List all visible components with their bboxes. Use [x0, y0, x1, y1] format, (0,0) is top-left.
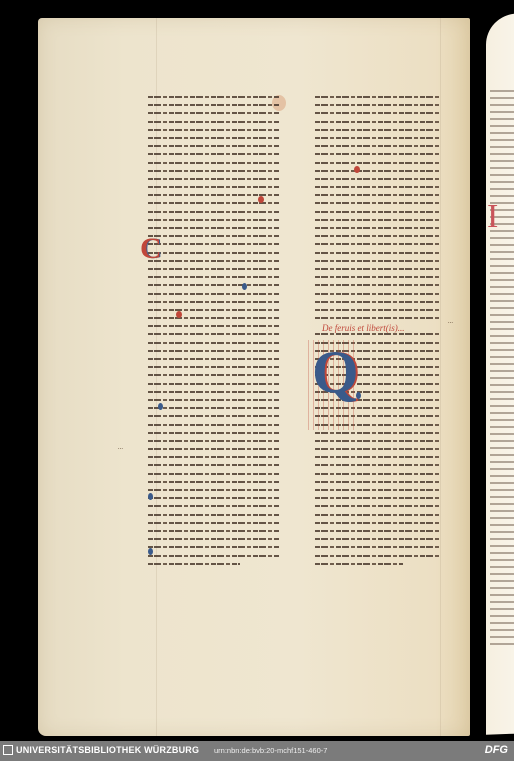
facing-text-line — [490, 594, 514, 596]
facing-text-line — [490, 342, 514, 344]
facing-text-line — [490, 538, 514, 540]
text-line — [315, 456, 441, 458]
text-line — [148, 333, 280, 335]
text-line — [148, 358, 280, 360]
text-line — [315, 301, 441, 303]
facing-text-line — [490, 566, 514, 568]
text-line — [148, 219, 280, 221]
facing-text-line — [490, 349, 514, 351]
facing-text-line — [490, 447, 514, 449]
paragraph-mark-blue — [148, 548, 153, 555]
text-line — [148, 415, 280, 417]
urn-identifier: urn:nbn:de:bvb:20-mchf151-460-7 — [214, 746, 327, 755]
paragraph-mark-blue — [242, 283, 247, 290]
margin-note-left: ... — [118, 444, 123, 452]
facing-text-line — [490, 496, 514, 498]
text-line — [315, 309, 441, 311]
facing-text-line — [490, 195, 514, 197]
text-line — [315, 96, 441, 98]
text-line — [148, 284, 280, 286]
text-line — [148, 440, 280, 442]
facing-text-line — [490, 580, 514, 582]
facing-text-line — [490, 629, 514, 631]
text-column-left — [148, 96, 280, 571]
facing-text-line — [490, 615, 514, 617]
facing-text-line — [490, 370, 514, 372]
text-line — [315, 546, 441, 548]
text-line — [315, 252, 441, 254]
facing-text-line — [490, 139, 514, 141]
text-line — [148, 178, 280, 180]
dfg-logo: DFG — [485, 744, 508, 756]
rubric-heading: De feruis et libert(is)... — [322, 323, 405, 333]
facing-text-line — [490, 111, 514, 113]
facing-text-line — [490, 524, 514, 526]
facing-text-line — [490, 405, 514, 407]
paragraph-mark-blue — [148, 493, 153, 500]
margin-note-right: ... — [448, 318, 453, 326]
text-line — [315, 170, 441, 172]
text-line — [315, 530, 441, 532]
text-line — [315, 284, 441, 286]
text-line — [315, 104, 441, 106]
facing-text-line — [490, 531, 514, 533]
facing-text-line — [490, 433, 514, 435]
text-line — [148, 268, 280, 270]
text-line — [148, 530, 280, 532]
text-line — [148, 325, 280, 327]
text-line — [315, 448, 441, 450]
facing-text-line — [490, 377, 514, 379]
text-line — [148, 104, 280, 106]
facing-text-line — [490, 174, 514, 176]
facing-text-line — [490, 482, 514, 484]
decorated-initial-right: Q — [312, 342, 359, 402]
footer-bar: UNIVERSITÄTSBIBLIOTHEK WÜRZBURG urn:nbn:… — [0, 741, 514, 761]
facing-text-line — [490, 321, 514, 323]
text-line — [315, 555, 441, 557]
facing-page-initial: I — [487, 200, 498, 234]
text-line — [315, 194, 441, 196]
facing-text-line — [490, 489, 514, 491]
text-line — [148, 243, 280, 245]
text-line — [315, 121, 441, 123]
text-line — [148, 112, 280, 114]
text-line — [315, 489, 441, 491]
text-line — [148, 301, 280, 303]
facing-text-line — [490, 125, 514, 127]
facing-text-line — [490, 104, 514, 106]
text-line — [315, 129, 441, 131]
institution-name: UNIVERSITÄTSBIBLIOTHEK WÜRZBURG — [16, 745, 199, 755]
text-line — [148, 235, 280, 237]
text-line — [148, 309, 280, 311]
text-line — [148, 473, 280, 475]
facing-text-line — [490, 384, 514, 386]
facing-page-text — [490, 90, 514, 670]
facing-text-line — [490, 286, 514, 288]
text-line — [315, 145, 441, 147]
text-line — [315, 243, 441, 245]
facing-text-line — [490, 426, 514, 428]
facing-text-line — [490, 559, 514, 561]
text-line — [148, 538, 280, 540]
facing-text-line — [490, 643, 514, 645]
text-line — [315, 268, 441, 270]
facing-text-line — [490, 258, 514, 260]
text-line — [315, 260, 441, 262]
text-line — [315, 227, 441, 229]
facing-text-line — [490, 293, 514, 295]
facing-text-line — [490, 251, 514, 253]
paragraph-mark-blue — [158, 403, 163, 410]
decorated-initial-left: C — [140, 234, 162, 264]
text-line — [315, 112, 441, 114]
text-line — [148, 366, 280, 368]
facing-text-line — [490, 118, 514, 120]
text-line — [315, 162, 441, 164]
text-line — [148, 505, 280, 507]
text-line — [315, 137, 441, 139]
facing-text-line — [490, 356, 514, 358]
text-line — [148, 145, 280, 147]
facing-text-line — [490, 265, 514, 267]
text-line — [315, 219, 441, 221]
text-line — [148, 137, 280, 139]
text-line — [315, 440, 441, 442]
facing-text-line — [490, 160, 514, 162]
facing-text-line — [490, 622, 514, 624]
facing-text-line — [490, 601, 514, 603]
facing-text-line — [490, 440, 514, 442]
text-line — [148, 293, 280, 295]
text-line — [315, 497, 441, 499]
text-line — [148, 170, 280, 172]
text-line — [148, 96, 280, 98]
text-line — [315, 333, 441, 335]
text-line — [148, 162, 280, 164]
text-line — [148, 350, 280, 352]
facing-text-line — [490, 328, 514, 330]
text-line — [315, 522, 441, 524]
text-column-right — [315, 96, 441, 571]
text-line — [315, 538, 441, 540]
text-line — [148, 342, 280, 344]
text-line — [315, 563, 403, 565]
text-line — [148, 317, 280, 319]
facing-text-line — [490, 608, 514, 610]
facing-text-line — [490, 454, 514, 456]
text-line — [148, 456, 280, 458]
text-line — [315, 514, 441, 516]
paragraph-mark-red — [354, 166, 360, 173]
text-line — [315, 178, 441, 180]
facing-text-line — [490, 419, 514, 421]
facing-text-line — [490, 307, 514, 309]
facing-text-line — [490, 412, 514, 414]
text-line — [148, 546, 280, 548]
text-line — [148, 481, 280, 483]
facing-text-line — [490, 363, 514, 365]
text-line — [148, 383, 280, 385]
paragraph-mark-red — [258, 196, 264, 203]
text-line — [315, 317, 441, 319]
text-line — [315, 153, 441, 155]
facing-text-line — [490, 475, 514, 477]
facing-text-line — [490, 398, 514, 400]
facing-text-line — [490, 461, 514, 463]
text-line — [315, 211, 441, 213]
text-line — [148, 153, 280, 155]
text-line — [315, 276, 441, 278]
facing-text-line — [490, 153, 514, 155]
facing-text-line — [490, 335, 514, 337]
facing-text-line — [490, 237, 514, 239]
paragraph-mark-red — [176, 311, 182, 318]
text-line — [148, 489, 280, 491]
text-line — [148, 374, 280, 376]
facing-text-line — [490, 636, 514, 638]
text-line — [148, 497, 280, 499]
library-logo-icon — [3, 745, 13, 755]
text-line — [148, 555, 280, 557]
text-line — [148, 464, 280, 466]
text-line — [148, 252, 280, 254]
facing-text-line — [490, 181, 514, 183]
text-line — [315, 235, 441, 237]
facing-text-line — [490, 244, 514, 246]
text-line — [148, 399, 280, 401]
text-line — [148, 522, 280, 524]
facing-text-line — [490, 146, 514, 148]
facing-text-line — [490, 132, 514, 134]
text-line — [148, 407, 280, 409]
text-line — [148, 448, 280, 450]
text-line — [315, 186, 441, 188]
facing-text-line — [490, 97, 514, 99]
facing-text-line — [490, 503, 514, 505]
facing-text-line — [490, 517, 514, 519]
text-line — [315, 505, 441, 507]
text-line — [148, 514, 280, 516]
facing-text-line — [490, 468, 514, 470]
facing-text-line — [490, 167, 514, 169]
text-line — [315, 464, 441, 466]
facing-text-line — [490, 391, 514, 393]
text-line — [148, 129, 280, 131]
text-line — [148, 227, 280, 229]
text-line — [315, 432, 441, 434]
paragraph-mark-blue — [356, 392, 361, 399]
facing-text-line — [490, 552, 514, 554]
text-line — [148, 391, 280, 393]
text-line — [148, 424, 280, 426]
facing-text-line — [490, 300, 514, 302]
facing-text-line — [490, 510, 514, 512]
facing-text-line — [490, 587, 514, 589]
text-line — [148, 186, 280, 188]
text-line — [148, 432, 280, 434]
facing-text-line — [490, 272, 514, 274]
text-line — [148, 260, 280, 262]
facing-text-line — [490, 545, 514, 547]
text-line — [148, 563, 240, 565]
facing-text-line — [490, 90, 514, 92]
text-line — [315, 473, 441, 475]
text-line — [148, 121, 280, 123]
facing-text-line — [490, 314, 514, 316]
facing-text-line — [490, 573, 514, 575]
facing-text-line — [490, 188, 514, 190]
text-line — [148, 276, 280, 278]
facing-text-line — [490, 279, 514, 281]
image-viewer: I C Q De feruis et libert(is)... ... ... — [0, 0, 514, 741]
text-line — [315, 481, 441, 483]
text-line — [148, 211, 280, 213]
text-line — [315, 293, 441, 295]
text-line — [315, 202, 441, 204]
